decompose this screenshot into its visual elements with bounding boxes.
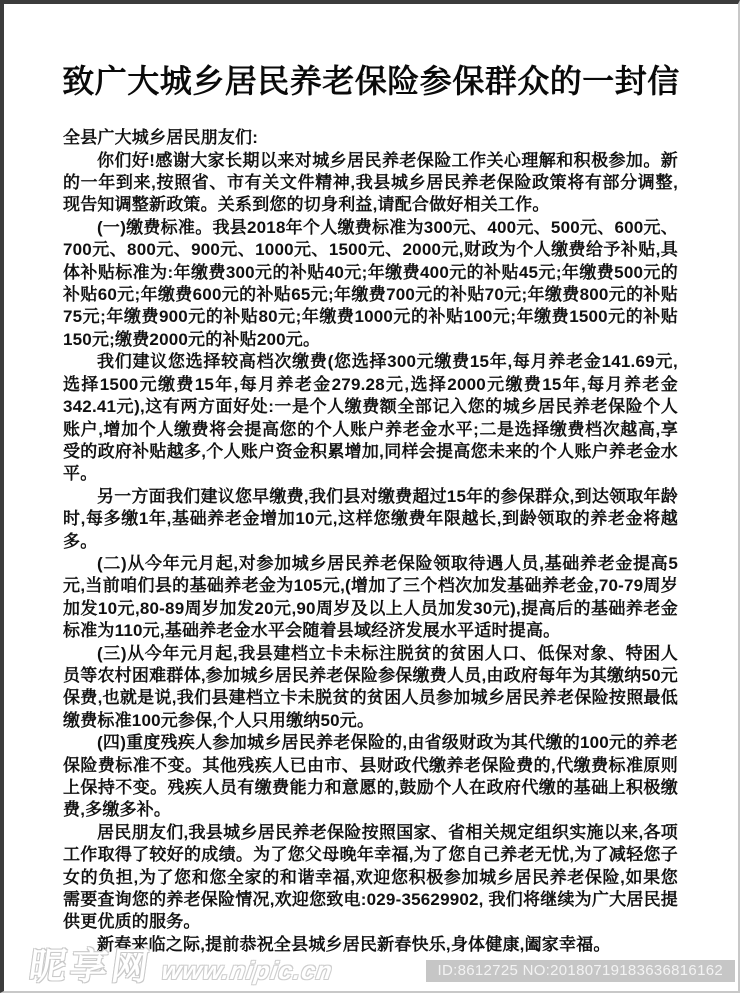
letter-paragraph-higher-tier-advice: 我们建议您选择较高档次缴费(您选择300元缴费15年,每月养老金141.69元,… <box>63 351 678 485</box>
nipic-url-text: www.nipic.cn <box>160 957 335 986</box>
letter-paragraph-early-payment-advice: 另一方面我们建议您早缴费,我们县对缴费超过15年的参保群众,到达领取年龄时,每多… <box>63 486 678 553</box>
letter-paragraph-intro: 你们好!感谢大家长期以来对城乡居民养老保险工作关心理解和积极参加。新的一年到来,… <box>63 150 678 217</box>
letter-paragraph-closing-contact: 居民朋友们,我县城乡居民养老保险按照国家、省相关规定组织实施以来,各项工作取得了… <box>63 822 678 934</box>
page-title: 致广大城乡居民养老保险参保群众的一封信 <box>4 4 738 102</box>
letter-greeting: 全县广大城乡居民朋友们: <box>63 127 678 149</box>
letter-body: 全县广大城乡居民朋友们: 你们好!感谢大家长期以来对城乡居民养老保险工作关心理解… <box>4 127 738 956</box>
letter-paragraph-poverty-subsidy: (三)从今年元月起,我县建档立卡未标注脱贫的贫困人口、低保对象、特困人员等农村困… <box>63 643 678 733</box>
letter-paragraph-payment-standards: (一)缴费标准。我县2018年个人缴费标准为300元、400元、500元、600… <box>63 217 678 351</box>
letter-paragraph-base-pension-increase: (二)从今年元月起,对参加城乡居民养老保险领取待遇人员,基础养老金提高5元,当前… <box>63 553 678 643</box>
letter-paragraph-new-year-wishes: 新春来临之际,提前恭祝全县城乡居民新春快乐,身体健康,阖家幸福。 <box>63 934 678 956</box>
letter-paragraph-disabled-persons: (四)重度残疾人参加城乡居民养老保险的,由省级财政为其代缴的100元的养老保险费… <box>63 732 678 822</box>
letter-page: 致广大城乡居民养老保险参保群众的一封信 全县广大城乡居民朋友们: 你们好!感谢大… <box>0 0 740 993</box>
image-id-badge: ID:8612725 NO:20180719183636816162 <box>426 960 735 982</box>
